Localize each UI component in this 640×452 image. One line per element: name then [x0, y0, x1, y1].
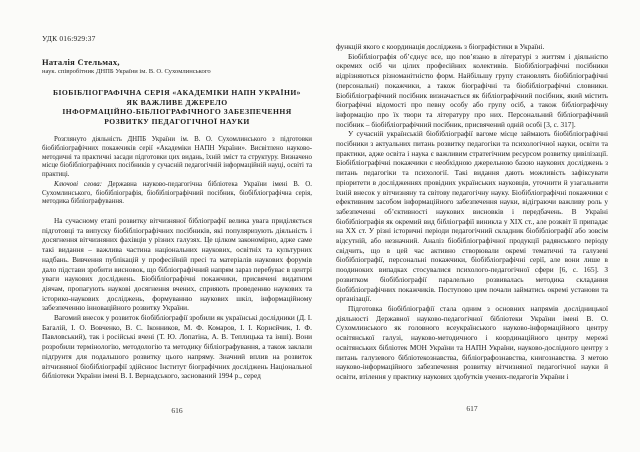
body-text-left: На сучасному етапі розвитку вітчизняної … — [42, 216, 312, 381]
body-paragraph: У сучасній українській біобібліографії в… — [336, 129, 608, 304]
author-block: Наталія Стельмах, наук. співробітник ДНП… — [42, 57, 312, 75]
article-title-line: БІОБІБЛІОГРАФІЧНА СЕРІЯ «АКАДЕМІКИ НАПН … — [42, 88, 312, 98]
article-title: БІОБІБЛІОГРАФІЧНА СЕРІЯ «АКАДЕМІКИ НАПН … — [42, 88, 312, 126]
article-title-line: ЯК ВАЖЛИВЕ ДЖЕРЕЛО — [42, 98, 312, 108]
body-paragraph: Вагомий внесок у розвиток біобібліографі… — [42, 313, 312, 381]
journal-spread: УДК 016:929:37 Наталія Стельмах, наук. с… — [0, 0, 640, 452]
body-paragraph: функцій якого є координація досліджень з… — [336, 42, 608, 52]
page-left: УДК 016:929:37 Наталія Стельмах, наук. с… — [42, 0, 312, 452]
udc-code: УДК 016:929:37 — [42, 34, 312, 43]
page-number-right: 617 — [336, 404, 608, 413]
page-number-left: 616 — [42, 406, 312, 415]
page-right: функцій якого є координація досліджень з… — [336, 0, 608, 452]
body-paragraph: Підготовка біобібліографії стала одним з… — [336, 304, 608, 382]
keywords-block: Ключові слова: Державна науково-педагогі… — [42, 181, 312, 207]
abstract-text: Розглянуто діяльність ДНПБ України ім. В… — [42, 136, 312, 180]
author-name: Наталія Стельмах, — [42, 57, 312, 67]
body-text-right: функцій якого є координація досліджень з… — [336, 42, 608, 382]
article-title-line: РОЗВИТКУ ПЕДАГОГІЧНОЇ НАУКИ — [42, 117, 312, 127]
body-paragraph: На сучасному етапі розвитку вітчизняної … — [42, 216, 312, 313]
body-paragraph: Біобібліографія об’єднує все, що пов’яза… — [336, 52, 608, 130]
keywords-label: Ключові слова: — [54, 181, 102, 188]
article-title-line: ІНФОРМАЦІЙНО-БІБЛІОГРАФІЧНОГО ЗАБЕЗПЕЧЕН… — [42, 107, 312, 117]
author-affiliation: наук. співробітник ДНПБ України ім. В. О… — [42, 68, 312, 75]
